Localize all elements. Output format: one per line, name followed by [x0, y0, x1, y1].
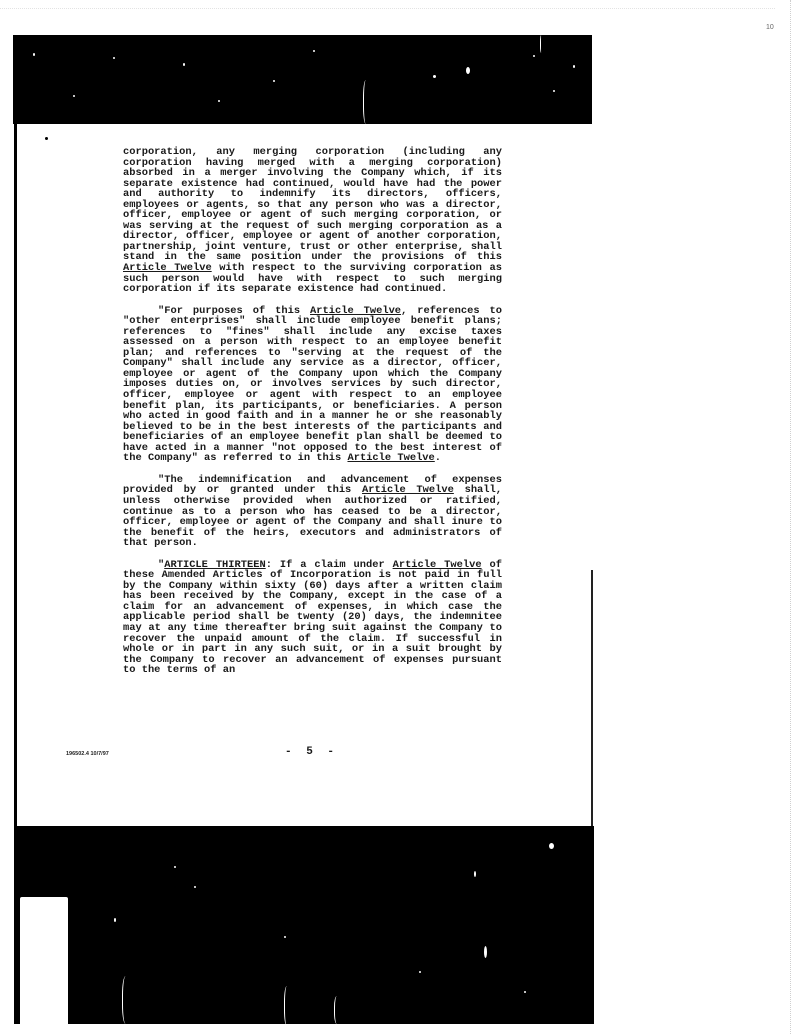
scan-black-band-top [13, 35, 592, 124]
page-number: - 5 - [285, 746, 338, 758]
scan-speck [45, 137, 48, 140]
paragraph-definitions: "For purposes of this Article Twelve, re… [123, 306, 502, 464]
paragraph-continuation: "The indemnification and advancement of … [123, 475, 502, 549]
scan-left-edge [14, 120, 17, 830]
scan-edge-top [0, 0, 775, 9]
article-twelve-ref: Article Twelve [347, 452, 434, 464]
document-id: 196502.4 10/7/97 [66, 751, 109, 757]
scan-speck [62, 103, 64, 105]
page-marker: 10 [766, 24, 774, 31]
scan-right-edge [591, 570, 593, 828]
scan-speck [300, 104, 310, 106]
scan-speck [34, 113, 36, 115]
scan-white-notch [20, 897, 68, 1034]
scan-speck [95, 122, 97, 124]
scan-black-band-bottom [14, 826, 594, 1024]
paragraph-merger: corporation, any merging corporation (in… [123, 147, 502, 295]
paragraph-article-thirteen: "ARTICLE THIRTEEN: If a claim under Arti… [123, 560, 502, 676]
document-body: corporation, any merging corporation (in… [123, 147, 502, 687]
scan-edge-right [790, 0, 792, 1034]
